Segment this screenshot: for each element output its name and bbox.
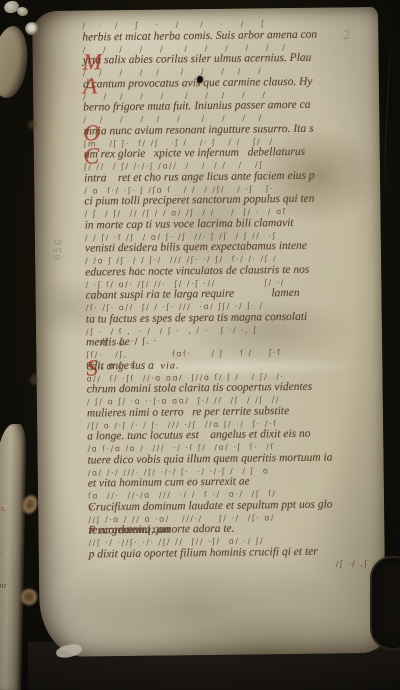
quire-signature: 2 (342, 27, 351, 44)
text-segment: edit ange lus a (86, 359, 154, 373)
text-block: / · / ʃ · / / · / ʃherbis et micat herba… (82, 18, 385, 586)
parchment-hole (25, 22, 39, 35)
text-segment: R ecordamini qua (88, 523, 170, 537)
text-row: amorte suscita (89, 568, 381, 586)
facing-page-text-fragment: u (0, 528, 1, 537)
wormhole (197, 76, 203, 83)
text-segment: et vita hominum cum eo surrexit ae (88, 476, 250, 491)
text-segment: chrum domini stola clarita tis coopertus… (87, 381, 313, 397)
melisma-neumes: ·/ʃ· .ʃ, ·/ ʃ. · (86, 336, 157, 350)
facing-page-text-fragment: u. (0, 546, 3, 555)
spine-tab (0, 24, 32, 100)
facing-page-sliver: tes.uu.ent (0, 424, 27, 690)
text-segment: ta tu factus es spes de spera tis magna … (86, 310, 308, 326)
page-edge-glint (382, 50, 399, 190)
text-segment: in morte cap ti vus voce lacrima bili cl… (85, 216, 294, 232)
manuscript-leaf: / · / ʃ · / / · / ʃherbis et micat herba… (32, 7, 386, 657)
text-segment: mulieres nimi o terro re per territe sub… (87, 405, 289, 420)
facing-page-text-fragment: t (0, 450, 1, 459)
manuscript-photo: tes.uu.ent / · / ʃ · / / · / ʃherbis et … (0, 0, 400, 690)
text-segment: berno frigore muta fuit. Iniunius passer… (83, 99, 310, 115)
book-clasp (370, 556, 400, 650)
facing-page-text-fragment: es. (0, 503, 8, 513)
manuscript-line: /ʃ ·/ ,ʃ ·/amorte suscita (89, 558, 381, 585)
endband-knot-icon (16, 6, 28, 17)
gutter-stain (28, 120, 36, 129)
text-segment: educeres hac nocte vinculatos de claustr… (85, 263, 309, 279)
text-segment: cabant suspi ria te larga require lamen (85, 287, 299, 303)
gutter-stain (30, 374, 38, 385)
text-segment: venisti desidera bilis quem expectabamus… (85, 240, 307, 256)
facing-page-text-fragment: ent (0, 580, 7, 590)
text-segment: a longe. tunc locutus est angelus et dix… (87, 428, 310, 444)
text-segment: um rex glorie xpicte ve infernum debella… (84, 146, 305, 162)
